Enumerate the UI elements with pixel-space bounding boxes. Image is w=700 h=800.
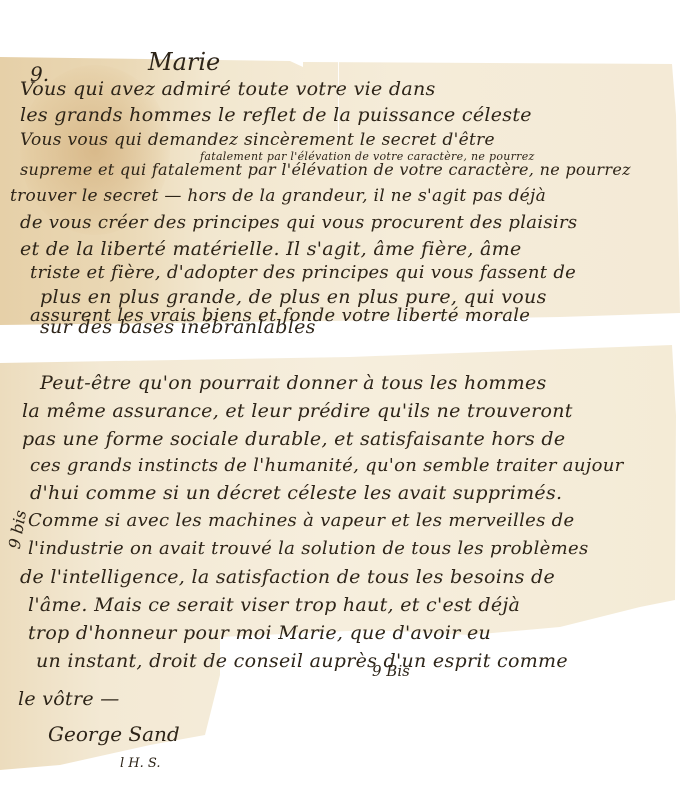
manuscript-line: Peut-être qu'on pourrait donner à tous l… xyxy=(40,372,547,394)
manuscript-line: sur des bases inébranlables xyxy=(40,316,316,338)
manuscript-line: et de la liberté matérielle. Il s'agit, … xyxy=(20,238,522,260)
manuscript-line: la même assurance, et leur prédire qu'il… xyxy=(22,400,573,422)
footer-note: 9 Bis xyxy=(372,662,410,680)
manuscript-line: Comme si avec les machines à vapeur et l… xyxy=(28,510,574,531)
manuscript-line: de l'intelligence, la satisfaction de to… xyxy=(20,566,555,588)
manuscript-line: les grands hommes le reflet de la puissa… xyxy=(20,104,532,126)
manuscript-line: l'âme. Mais ce serait viser trop haut, e… xyxy=(28,594,520,616)
manuscript-line: l'industrie on avait trouvé la solution … xyxy=(28,538,589,559)
manuscript-line: supreme et qui fatalement par l'élévatio… xyxy=(20,160,631,179)
manuscript-line: pas une forme sociale durable, et satisf… xyxy=(22,428,565,450)
manuscript-line: ces grands instincts de l'humanité, qu'o… xyxy=(30,455,624,476)
manuscript-line: Vous vous qui demandez sincèrement le se… xyxy=(20,130,495,150)
manuscript-line: le vôtre — xyxy=(18,688,120,710)
manuscript-line: d'hui comme si un décret céleste les ava… xyxy=(30,482,562,504)
manuscript-line: trouver le secret — hors de la grandeur,… xyxy=(10,186,546,206)
manuscript-line: Vous qui avez admiré toute votre vie dan… xyxy=(20,78,436,100)
signature: George Sand xyxy=(48,722,180,746)
manuscript-line: de vous créer des principes qui vous pro… xyxy=(20,212,577,233)
signature-annotation: l H. S. xyxy=(120,756,160,771)
title-word: Marie xyxy=(148,48,220,76)
manuscript-line: un instant, droit de conseil auprès d'un… xyxy=(36,650,568,672)
manuscript-line: triste et fière, d'adopter des principes… xyxy=(30,262,576,283)
manuscript-line: trop d'honneur pour moi Marie, que d'avo… xyxy=(28,622,491,644)
